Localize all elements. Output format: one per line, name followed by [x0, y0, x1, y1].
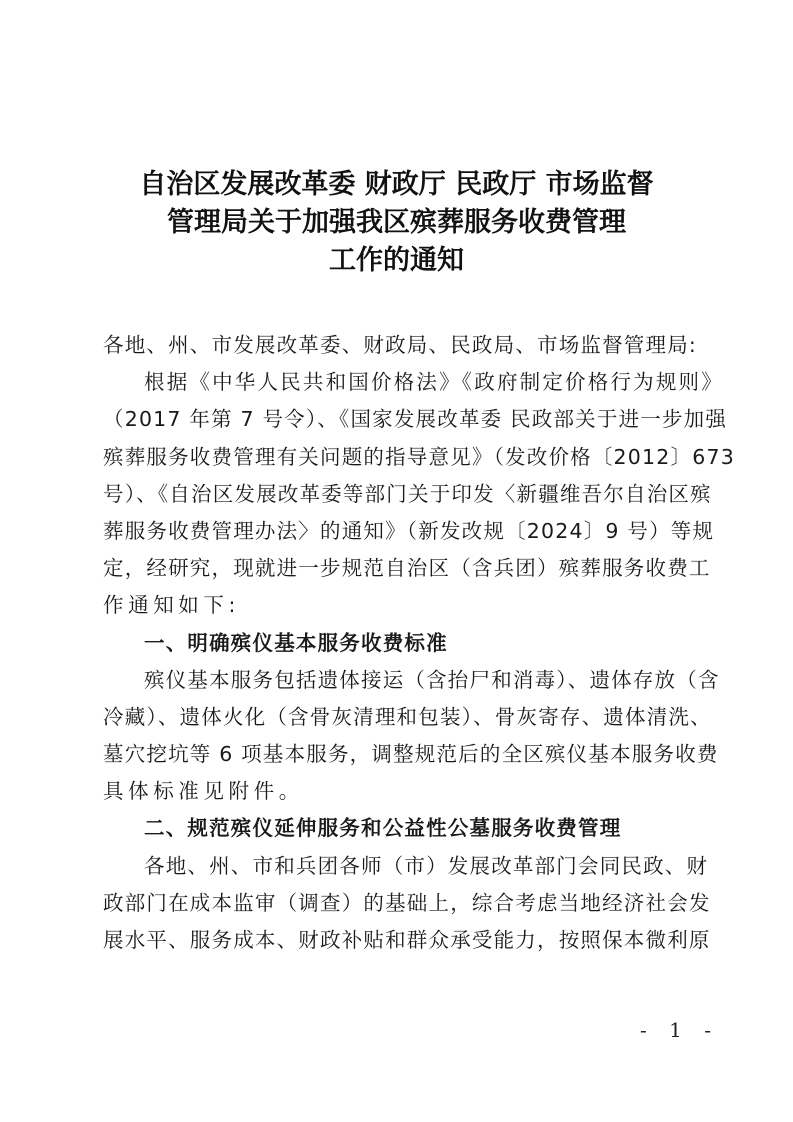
intro-line-6: 定，经研究，现就进一步规范自治区（含兵团）殡葬服务收费工: [103, 550, 693, 587]
section-1-heading: 一、明确殡仪基本服务收费标准: [103, 625, 693, 662]
intro-line-1: 根据《中华人民共和国价格法》《政府制定价格行为规则》: [103, 364, 693, 401]
intro-line-5: 葬服务收费管理办法〉的通知》（新发改规〔2024〕9 号）等规: [103, 513, 693, 550]
addressee: 各地、州、市发展改革委、财政局、民政局、市场监督管理局:: [103, 327, 693, 364]
title-line-3: 工作的通知: [0, 242, 793, 280]
title-line-2: 管理局关于加强我区殡葬服务收费管理: [0, 204, 793, 242]
intro-line-4: 号）、《自治区发展改革委等部门关于印发〈新疆维吾尔自治区殡: [103, 476, 693, 513]
section-2-line-2: 政部门在成本监审（调查）的基础上，综合考虑当地经济社会发: [103, 885, 693, 922]
section-1-line-4: 具体标准见附件。: [103, 773, 693, 810]
intro-line-3: 殡葬服务收费管理有关问题的指导意见》（发改价格〔2012〕673: [103, 439, 693, 476]
section-1-line-1: 殡仪基本服务包括遗体接运（含抬尸和消毒）、遗体存放（含: [103, 662, 693, 699]
section-2-line-3: 展水平、服务成本、财政补贴和群众承受能力，按照保本微利原: [103, 922, 693, 959]
document-title: 自治区发展改革委 财政厅 民政厅 市场监督 管理局关于加强我区殡葬服务收费管理 …: [0, 166, 793, 280]
section-1-line-2: 冷藏）、遗体火化（含骨灰清理和包装）、骨灰寄存、遗体清洗、: [103, 699, 693, 736]
section-2-line-1: 各地、州、市和兵团各师（市）发展改革部门会同民政、财: [103, 848, 693, 885]
title-line-1: 自治区发展改革委 财政厅 民政厅 市场监督: [0, 166, 793, 204]
document-page: 自治区发展改革委 财政厅 民政厅 市场监督 管理局关于加强我区殡葬服务收费管理 …: [0, 0, 793, 1122]
section-2-heading: 二、规范殡仪延伸服务和公益性公墓服务收费管理: [103, 810, 693, 847]
page-number: - 1 -: [640, 1018, 719, 1042]
intro-line-2: （2017 年第 7 号令）、《国家发展改革委 民政部关于进一步加强: [103, 401, 693, 438]
document-body: 各地、州、市发展改革委、财政局、民政局、市场监督管理局: 根据《中华人民共和国价…: [103, 327, 693, 959]
section-1-line-3: 墓穴挖坑等 6 项基本服务，调整规范后的全区殡仪基本服务收费: [103, 736, 693, 773]
intro-line-7: 作通知如下:: [103, 587, 693, 624]
